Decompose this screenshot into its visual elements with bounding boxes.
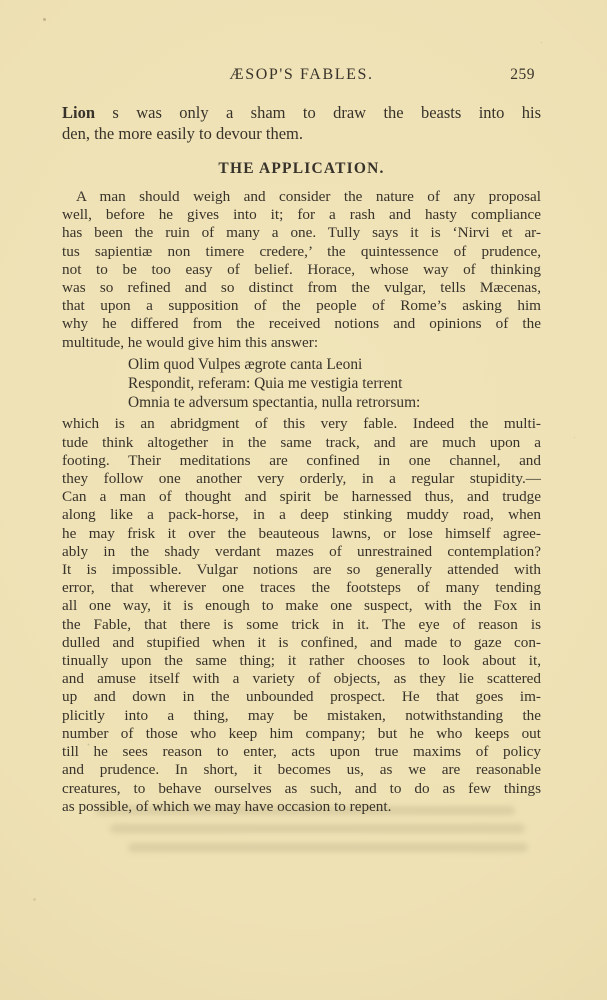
text-line: tude think altogether in the same track,… — [62, 434, 541, 452]
text-line: Lion s was only a sham to draw the beast… — [62, 103, 541, 124]
text-line: Olim quod Vulpes ægrote canta Leoni — [128, 355, 541, 374]
text-line: has been the ruin of many a one. Tully s… — [62, 224, 541, 242]
text-line: he may frisk it over the beauteous lawns… — [62, 525, 541, 543]
scan-speck-decoration — [43, 18, 46, 21]
text-line: and prudence. In short, it becomes us, a… — [62, 761, 541, 779]
page-showthrough — [110, 824, 525, 833]
text-line: which is an abridgment of this very fabl… — [62, 415, 541, 433]
text-line: A man should weigh and consider the natu… — [62, 188, 541, 206]
book-page: ÆSOP'S FABLES. 259 Lion s was only a sha… — [0, 0, 607, 1000]
text-line: ably in the shady verdant mazes of unres… — [62, 543, 541, 561]
text-line: why he differed from the received notion… — [62, 315, 541, 333]
text-line: tus sapientiæ non timere credere,’ the q… — [62, 243, 541, 261]
text-line: that upon a supposition of the people of… — [62, 297, 541, 315]
text-line: was so refined and so distinct from the … — [62, 279, 541, 297]
section-heading: THE APPLICATION. — [62, 160, 541, 178]
intro-paragraph: Lion s was only a sham to draw the beast… — [62, 103, 541, 144]
text-line: along like a pack-horse, in a deep stink… — [62, 506, 541, 524]
text-line: they follow one another very orderly, in… — [62, 470, 541, 488]
latin-verse: Olim quod Vulpes ægrote canta LeoniRespo… — [128, 355, 541, 413]
intro-line1-rest: s was only a sham to draw the beasts int… — [95, 103, 541, 122]
text-line: error, that wherever one traces the foot… — [62, 579, 541, 597]
text-line: well, before he gives into it; for a ras… — [62, 206, 541, 224]
text-line: the Fable, that there is some trick in i… — [62, 616, 541, 634]
text-line: dulled and stupified when it is confined… — [62, 634, 541, 652]
text-line: not to be too easy of belief. Horace, wh… — [62, 261, 541, 279]
text-line: Omnia te adversum spectantia, nulla retr… — [128, 393, 541, 412]
application-text: A man should weigh and consider the natu… — [62, 188, 541, 816]
text-line: Can a man of thought and spirit be harne… — [62, 488, 541, 506]
text-line: up and down in the unbounded prospect. H… — [62, 688, 541, 706]
application-paragraph: A man should weigh and consider the natu… — [62, 188, 541, 352]
text-line: number of those who keep him company; bu… — [62, 725, 541, 743]
text-line: and amuse itself with a variety of objec… — [62, 670, 541, 688]
page-showthrough — [128, 843, 528, 852]
continuation-paragraph: which is an abridgment of this very fabl… — [62, 415, 541, 815]
page-number: 259 — [510, 66, 535, 84]
text-line: tinually upon the same thing; it rather … — [62, 652, 541, 670]
text-line: footing. Their meditations are confined … — [62, 452, 541, 470]
text-line: Respondit, referam: Quia me vestigia ter… — [128, 374, 541, 393]
page-header: ÆSOP'S FABLES. 259 — [62, 66, 541, 88]
text-line: creatures, to behave ourselves as such, … — [62, 780, 541, 798]
text-line: all one way, it is enough to make one su… — [62, 597, 541, 615]
text-line: It is impossible. Vulgar notions are so … — [62, 561, 541, 579]
intro-lead-word: Lion — [62, 103, 95, 122]
text-line: den, the more easily to devour them. — [62, 124, 541, 145]
text-line: multitude, he would give him this answer… — [62, 334, 541, 352]
text-line: till he sees reason to enter, acts upon … — [62, 743, 541, 761]
text-line: plicitly into a thing, may be mistaken, … — [62, 707, 541, 725]
running-title: ÆSOP'S FABLES. — [62, 66, 541, 84]
text-line: as possible, of which we may have occasi… — [62, 798, 541, 816]
